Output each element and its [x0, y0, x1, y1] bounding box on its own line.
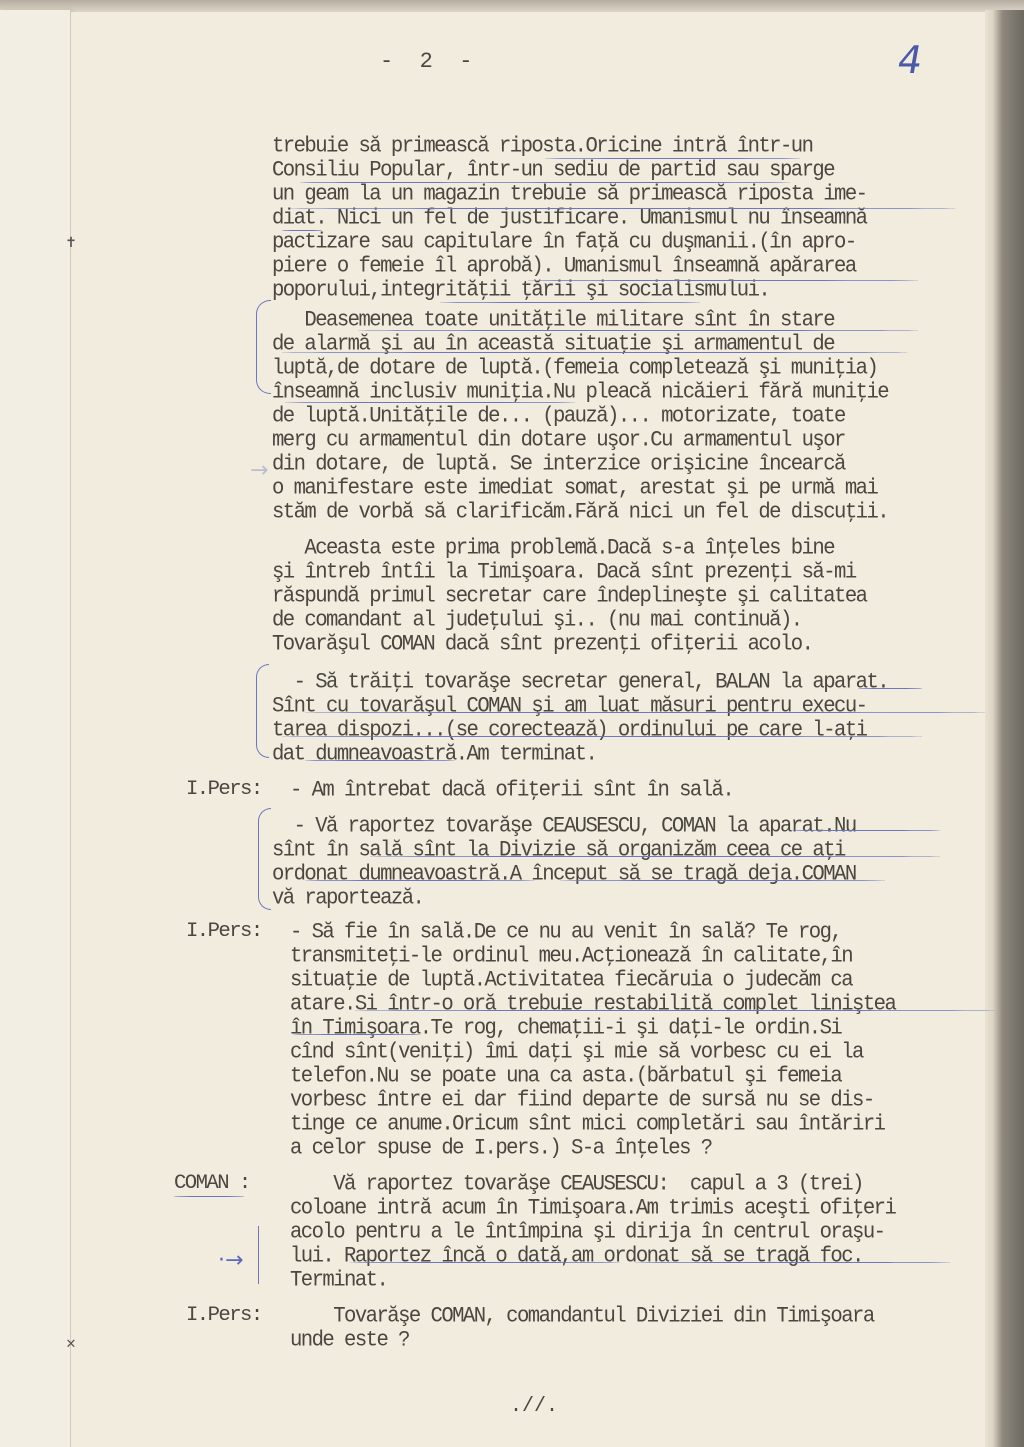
text-line: acolo pentru a le întîmpina şi dirija în…	[290, 1220, 884, 1246]
text-line: transmiteţi-le ordinul meu.Acţionează în…	[290, 944, 852, 970]
margin-bracket-mark	[256, 664, 269, 758]
text-line: din dotare, de luptă. Se interzice orişi…	[272, 452, 845, 478]
faint-arrow-icon: →	[250, 458, 268, 483]
text-line: sînt în sală sînt la Divizie să organiză…	[272, 838, 845, 864]
text-line: atare.Si într-o oră trebuie restabilită …	[290, 992, 895, 1018]
text-line: vă raportează.	[272, 886, 423, 912]
text-line: telefon.Nu se poate una ca asta.(bărbatu…	[290, 1064, 841, 1090]
underline-mark	[305, 760, 455, 761]
text-line: Tovarăşe COMAN, comandantul Diviziei din…	[290, 1304, 874, 1330]
text-line: a celor spuse de I.pers.) S-a înţeles ?	[290, 1136, 712, 1162]
text-line: tarea dispozi...(se corectează) ordinulu…	[272, 718, 866, 744]
text-line: - Vă raportez tovarăşe CEAUSESCU, COMAN …	[272, 814, 856, 840]
text-line: unde este ?	[290, 1328, 409, 1354]
text-line: coloane intră acum în Timişoara.Am trimi…	[290, 1196, 895, 1222]
text-line: diat. Nici un fel de justificare. Umanis…	[272, 206, 866, 232]
text-line: Vă raportez tovarăşe CEAUSESCU: capul a …	[290, 1172, 863, 1198]
end-of-page-mark: .//.	[510, 1395, 558, 1418]
staple-top-icon: ✝	[66, 232, 76, 254]
underline-mark	[370, 856, 940, 857]
text-line: un geam la un magazin trebuie să primeas…	[272, 182, 866, 208]
text-line: de luptă.Unităţile de... (pauză)... moto…	[272, 404, 845, 430]
underline-mark	[282, 736, 922, 737]
underline-mark	[790, 830, 940, 831]
text-line: Tovarăşul COMAN dacă sînt prezenţi ofiţe…	[272, 632, 812, 658]
underline-mark	[305, 880, 535, 881]
text-line: vorbesc între ei dar fiind departe de su…	[290, 1088, 874, 1114]
underline-mark	[355, 1010, 995, 1011]
scanner-top-edge	[0, 0, 1024, 12]
speaker-label: I.Pers:	[186, 1304, 262, 1328]
text-line: poporului,integrităţii ţării şi socialis…	[272, 278, 769, 304]
text-line: Terminat.	[290, 1268, 387, 1294]
text-line: de alarmă şi au în această situaţie şi a…	[272, 332, 834, 358]
text-line: cînd sînt(veniţi) îmi daţi şi mie să vor…	[290, 1040, 863, 1066]
underline-mark	[282, 230, 322, 231]
previous-page-leaf	[0, 10, 71, 1447]
speaker-label: I.Pers:	[186, 778, 262, 802]
text-line: ordonat dumneavoastră.A început să se tr…	[272, 862, 856, 888]
text-line: lui. Raportez încă o dată,am ordonat să …	[290, 1244, 863, 1270]
margin-bracket-mark	[258, 808, 271, 910]
underline-mark	[440, 302, 700, 303]
page-right-edge	[985, 10, 1024, 1447]
text-line: trebuie să primească riposta.Oricine int…	[272, 134, 812, 160]
margin-bracket-mark	[256, 300, 271, 394]
margin-arrow-icon: ·→	[218, 1248, 243, 1273]
text-line: pactizare sau capitulare în faţă cu duşm…	[272, 230, 856, 256]
underline-mark	[635, 1262, 950, 1263]
margin-line-mark	[258, 1226, 261, 1284]
text-line: stăm de vorbă să clarificăm.Fără nici un…	[272, 500, 888, 526]
underline-mark	[282, 352, 907, 353]
underline-mark	[545, 158, 800, 159]
text-line: luptă,de dotare de luptă.(femeia complet…	[272, 356, 877, 382]
underline-mark	[560, 880, 885, 881]
text-line: merg cu armamentul din dotare uşor.Cu ar…	[272, 428, 845, 454]
text-line: răspundă primul secretar care îndeplineş…	[272, 584, 866, 610]
text-line: Consiliu Popular, într-un sediu de parti…	[272, 158, 834, 184]
text-line: Aceasta este prima problemă.Dacă s-a înţ…	[272, 536, 834, 562]
page-number: - 2 -	[380, 49, 472, 74]
text-line: înseamnă inclusiv muniţia.Nu pleacă nică…	[272, 380, 888, 406]
text-line: tinge ce anume.Oricum sînt mici completă…	[290, 1112, 884, 1138]
text-line: - Am întrebat dacă ofiţerii sînt în sală…	[290, 778, 733, 804]
underline-mark	[358, 330, 918, 331]
text-line: - Să trăiţi tovarăşe secretar general, B…	[272, 670, 888, 696]
text-line: o manifestare este imediat somat, aresta…	[272, 476, 877, 502]
underline-mark	[528, 280, 918, 281]
underline-mark	[350, 1262, 620, 1263]
staple-bottom-icon: ✕	[66, 1333, 76, 1355]
text-line: şi întreb întîi la Timişoara. Dacă sînt …	[272, 560, 856, 586]
speaker-label: COMAN :	[174, 1172, 250, 1196]
text-line: în Timişoara.Te rog, chemaţii-i şi daţi-…	[290, 1016, 841, 1042]
text-line: de comandant al judeţului şi.. (nu mai c…	[272, 608, 802, 634]
underline-mark	[300, 182, 482, 183]
underline-mark	[285, 402, 575, 403]
speaker-label: I.Pers:	[186, 920, 262, 944]
text-line: dat dumneavoastră.Am terminat.	[272, 742, 596, 768]
text-line: situaţie de luptă.Activitatea fiecăruia …	[290, 968, 852, 994]
underline-mark	[174, 1196, 244, 1197]
text-line: - Să fie în sală.De ce nu au venit în sa…	[290, 920, 841, 946]
underline-mark	[290, 208, 955, 209]
text-line: Sînt cu tovarăşul COMAN şi am luat măsur…	[272, 694, 866, 720]
text-line: piere o femeie îl aprobă). Umanismul îns…	[272, 254, 856, 280]
underline-mark	[305, 712, 985, 713]
underline-mark	[470, 182, 790, 183]
